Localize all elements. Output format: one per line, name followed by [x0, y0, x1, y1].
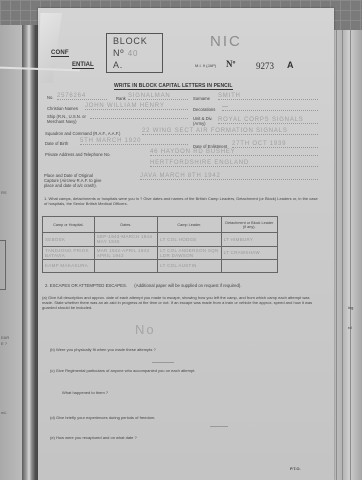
section2-title: 2. ESCAPES OR ATTEMPTED ESCAPES. (Additi… [45, 283, 242, 289]
please-turn-over: P.T.O. [290, 466, 301, 471]
decorations-value: — [222, 104, 318, 111]
christian-names-value: JOHN WILLIAM HENRY [85, 103, 188, 110]
table-cell: LT COL HODGE [158, 233, 221, 246]
table-cell: LT COL ANDERSON SQN LDR DAWSON [158, 246, 221, 259]
page-edge [350, 30, 351, 480]
private-address-line1: 46 HAYDON RD BUSHEY [150, 149, 318, 156]
form-number: 9273 [256, 61, 274, 71]
back-page-text-fragment: ed- [1, 410, 7, 415]
answer-2a: No [135, 322, 156, 337]
ship-label: Ship (R.N., U.S.N. or Merchant Navy) [47, 115, 87, 125]
pencil-instruction: WRITE IN BLOCK CAPITAL LETTERS IN PENCIL [114, 83, 233, 90]
number-value: 2576264 [57, 93, 107, 100]
table-header: Detachment or Block Leader (if any). [221, 217, 277, 233]
block-number-line: Nº 40 [113, 48, 138, 58]
decorations-label: Decorations [193, 108, 215, 113]
table-cell: KAMP MAKASURA [43, 259, 95, 272]
section2-note: (Additional paper will be supplied on re… [134, 283, 241, 288]
folder-spine [22, 25, 36, 480]
unit-value: ROYAL CORPS SIGNALS [218, 117, 318, 124]
table-header-row: Camp or Hospital. Dates. Camp Leader. De… [43, 217, 278, 233]
question-2a: (a) Give full description and approx. da… [42, 295, 320, 311]
back-page-text-fragment: E ? [1, 341, 7, 346]
capture-value: JAVA MARCH 8TH 1942 [140, 173, 318, 180]
table-header: Dates. [94, 217, 157, 233]
ship-value [90, 118, 188, 119]
table-row: KAMP MAKASURA LT COL AUSTIN [43, 259, 278, 272]
table-row: SEBOEK SEP-1943-MARCH 1944 MAY 1945 LT C… [43, 233, 278, 246]
confidential-stamp-continued: ENTIAL [72, 62, 94, 69]
margin-scribble: rd [348, 325, 352, 330]
table-cell: TANDJONG PRIOK BATAVIA [43, 246, 95, 259]
surname-label: Surname [193, 97, 210, 102]
christian-names-label: Christian Names [47, 107, 78, 112]
table-cell: MAR 1942-APRIL 1943 APRIL 1942 [94, 246, 157, 259]
answer-2d-dash [210, 426, 228, 427]
form-code: M.I. 9 (JAP) [195, 63, 216, 68]
answer-2b-dash [152, 362, 174, 363]
date-of-enlistment-value: 27TH OCT 1939 [232, 141, 318, 148]
block-no-value: 40 [128, 49, 139, 58]
question-2b: (b) Were you physically fit when you mad… [50, 347, 156, 352]
capture-label: Place and Date of Original Capture (Airc… [44, 174, 104, 188]
table-cell: LT COL AUSTIN [158, 259, 221, 272]
table-cell [221, 259, 277, 272]
table-cell: LT HIMBURY [221, 233, 277, 246]
table-row: TANDJONG PRIOK BATAVIA MAR 1942-APRIL 19… [43, 246, 278, 259]
unit-label: Unit & Div. (Army) [193, 117, 215, 127]
question-2c: (c) Give Regimental particulars of anyon… [50, 368, 195, 373]
rank-label: Rank [116, 97, 126, 102]
page-edge [336, 30, 337, 480]
table-cell [94, 259, 157, 272]
confidential-stamp: CONF [51, 50, 69, 57]
page-edge [342, 30, 343, 480]
squadron-label: Squadron and Command (R.A.F., A.A.F.) [45, 132, 120, 137]
block-no-label: Nº [113, 48, 124, 58]
block-stamp-box: BLOCK Nº 40 A. [106, 33, 163, 73]
table-cell: LT CRAWSHAW [221, 246, 277, 259]
form-no-label: Nº [226, 59, 235, 69]
margin-scribble: ing [348, 305, 353, 310]
block-letter: A. [113, 60, 123, 70]
date-of-birth-value: 5TH MARCH 1920 [80, 138, 188, 145]
underlying-pages-right [330, 30, 362, 480]
table-cell: SEP-1943-MARCH 1944 MAY 1945 [94, 233, 157, 246]
back-page-text-fragment: RS [1, 190, 7, 195]
back-page-table-edge [0, 240, 6, 290]
surname-value: SMITH [218, 93, 318, 100]
private-address-label: Private Address and Telephone No. [45, 153, 111, 158]
camps-table: Camp or Hospital. Dates. Camp Leader. De… [42, 216, 278, 273]
number-label: No. [47, 96, 54, 101]
pencil-annotation: NIC [210, 33, 242, 50]
section1-question: 1. What camps, detachments or hospitals … [44, 196, 319, 206]
date-of-birth-label: Date of Birth [45, 142, 68, 147]
rank-value: SIGNALMAN [128, 93, 188, 100]
table-header: Camp Leader. [158, 217, 221, 233]
squadron-value: 22 WING SECT AIR FORMATION SIGNALS [142, 128, 318, 135]
block-label: BLOCK [113, 36, 148, 46]
table-cell: SEBOEK [43, 233, 95, 246]
question-2e: (e) How were you recaptured and on what … [50, 435, 137, 440]
question-2d: (d) Give briefly your experiences during… [50, 415, 155, 420]
section2-heading: 2. ESCAPES OR ATTEMPTED ESCAPES. [45, 283, 127, 288]
private-address-line2: HERTFORDSHIRE ENGLAND [150, 160, 318, 167]
table-header: Camp or Hospital. [43, 217, 95, 233]
form-suffix: A [287, 60, 294, 70]
back-page-text-fragment: EAR [1, 335, 9, 340]
question-2c-followup: What happened to them ? [62, 390, 108, 395]
